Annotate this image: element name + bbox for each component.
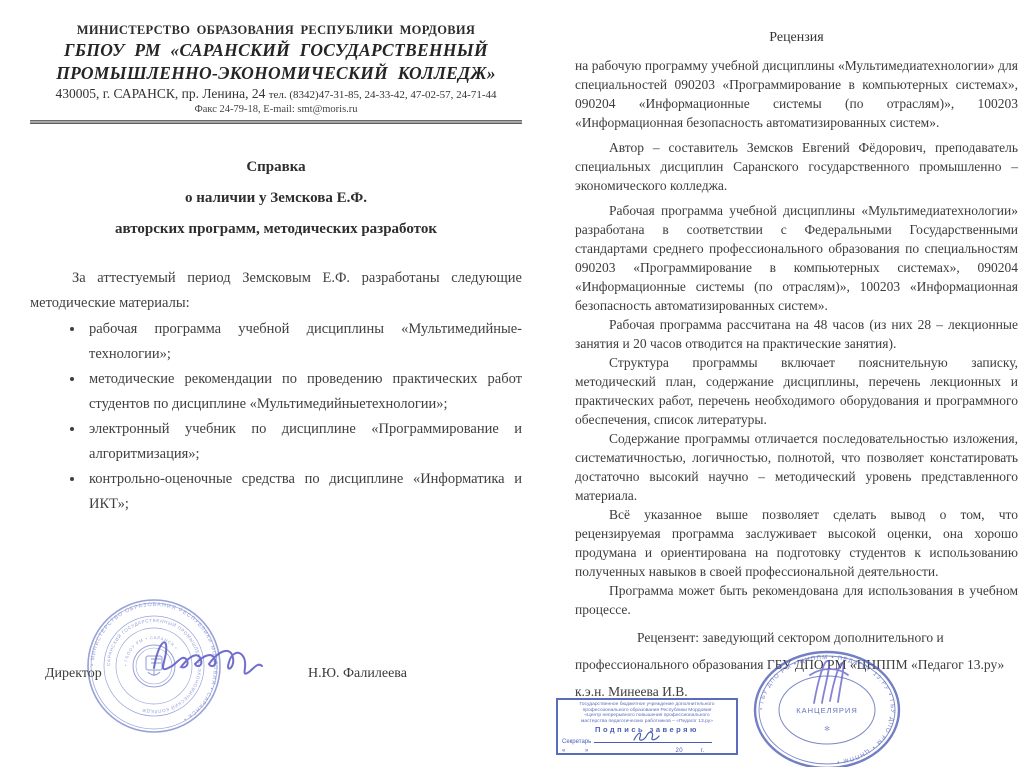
review-document: Рецензия на рабочую программу учебной ди… [575, 28, 1018, 619]
stamp-star-marks: ✻ [824, 725, 830, 733]
certificate-subtitle-1: о наличии у Земскова Е.Ф. [30, 188, 522, 208]
materials-list: рабочая программа учебной дисциплины «Му… [30, 317, 522, 517]
review-paragraph: Содержание программы отличается последов… [575, 429, 1018, 505]
director-name: Н.Ю. Фалилеева [308, 666, 407, 682]
secretary-label: Секретарь [562, 739, 591, 745]
review-paragraph: Рабочая программа учебной дисциплины «Му… [575, 201, 1018, 315]
director-signature [148, 622, 278, 690]
review-title: Рецензия [575, 28, 1018, 47]
ministry-name: МИНИСТЕРСТВО ОБРАЗОВАНИЯ РЕСПУБЛИКИ МОРД… [30, 22, 522, 38]
chancery-oval-stamp: • ГБУ ДПО РМ • ЦНППМ • ПЕДАГОГ 13.РУ • Г… [748, 645, 906, 767]
review-paragraph: Программа может быть рекомендована для и… [575, 581, 1018, 619]
list-item: электронный учебник по дисциплине «Прогр… [85, 417, 522, 467]
oval-stamp-center-text: КАНЦЕЛЯРИЯ [796, 706, 858, 715]
scanned-document-page: МИНИСТЕРСТВО ОБРАЗОВАНИЯ РЕСПУБЛИКИ МОРД… [0, 0, 1024, 767]
review-paragraph: Структура программы включает пояснительн… [575, 353, 1018, 429]
director-label: Директор [45, 666, 102, 682]
certificate-intro-paragraph: За аттестуемый период Земсковым Е.Ф. раз… [30, 266, 522, 316]
review-paragraph: Рабочая программа рассчитана на 48 часов… [575, 315, 1018, 353]
certificate-title: Справка [30, 157, 522, 177]
stamp-org-line: мастерства педагогических работников – «… [560, 719, 734, 724]
review-paragraph: на рабочую программу учебной дисциплины … [575, 56, 1018, 132]
secretary-signature [632, 728, 668, 744]
certification-rect-stamp: Государственное бюджетное учреждение доп… [556, 698, 738, 755]
list-item: контрольно-оценочные средства по дисципл… [85, 467, 522, 517]
fax-email-line: Факс 24-79-18, E-mail: smt@moris.ru [30, 103, 522, 116]
certificate-document: МИНИСТЕРСТВО ОБРАЗОВАНИЯ РЕСПУБЛИКИ МОРД… [30, 16, 522, 517]
letterhead: МИНИСТЕРСТВО ОБРАЗОВАНИЯ РЕСПУБЛИКИ МОРД… [30, 22, 522, 124]
oval-stamp-signature [810, 661, 848, 703]
address-text: 430005, г. САРАНСК, пр. Ленина, 24 [55, 86, 268, 101]
letterhead-divider [30, 120, 522, 124]
list-item: рабочая программа учебной дисциплины «Му… [85, 317, 522, 367]
review-paragraph: Всё указанное выше позволяет сделать выв… [575, 505, 1018, 581]
certificate-subtitle-2: авторских программ, методических разрабо… [30, 219, 522, 239]
list-item: методические рекомендации по проведению … [85, 367, 522, 417]
secretary-row: Секретарь [562, 736, 732, 745]
phones-text: тел. (8342)47-31-85, 24-33-42, 47-02-57,… [269, 89, 497, 101]
review-paragraph: Автор – составитель Земсков Евгений Фёдо… [575, 138, 1018, 195]
address-line: 430005, г. САРАНСК, пр. Ленина, 24 тел. … [30, 86, 522, 103]
stamp-date-line: «_____»______________________ 20____ г. [562, 748, 732, 754]
college-name-line2: ПРОМЫШЛЕННО-ЭКОНОМИЧЕСКИЙ КОЛЛЕДЖ» [30, 63, 522, 84]
college-name-line1: ГБПОУ РМ «САРАНСКИЙ ГОСУДАРСТВЕННЫЙ [30, 40, 522, 61]
stamp-org-name: Государственное бюджетное учреждение доп… [560, 702, 734, 724]
